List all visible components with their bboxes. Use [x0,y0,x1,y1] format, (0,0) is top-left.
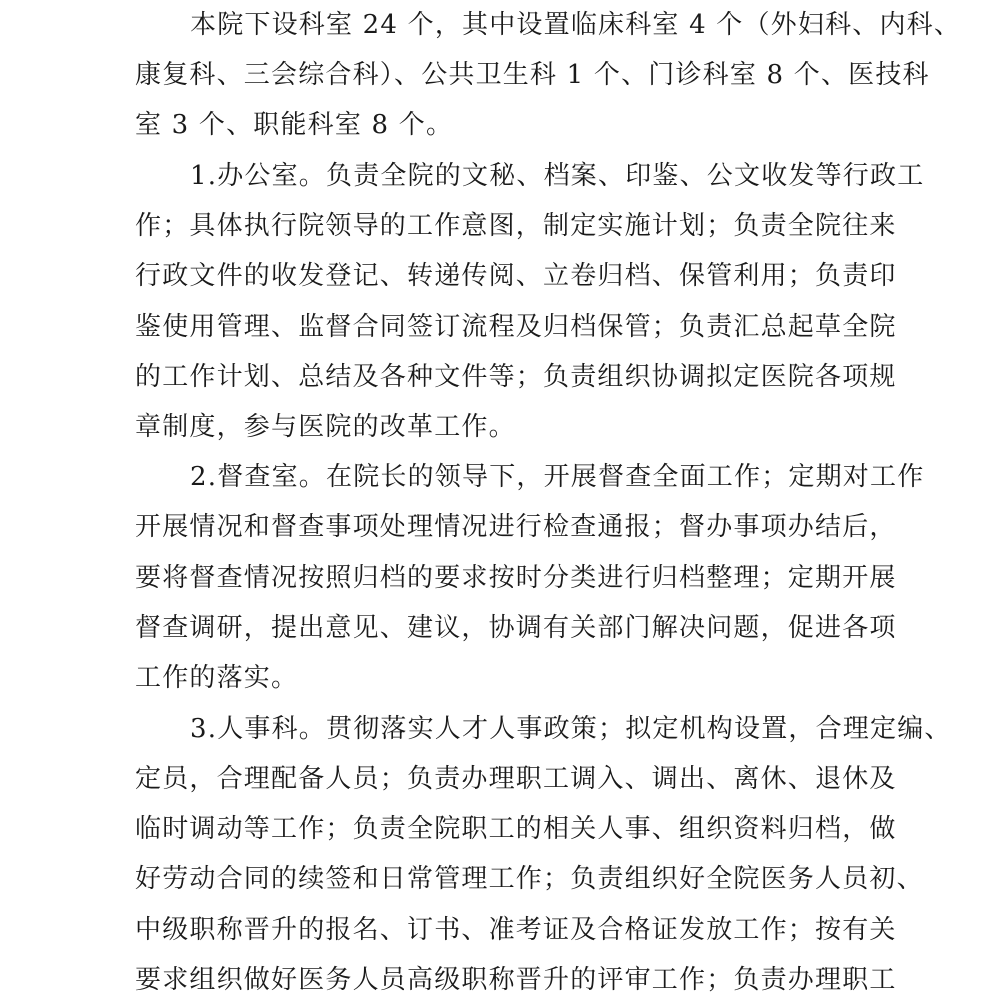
paragraph-personnel-line-2: 定员，合理配备人员；负责办理职工调入、调出、离休、退休及 [135,754,897,804]
paragraph-personnel-line-5: 中级职称晋升的报名、订书、准考证及合格证发放工作；按有关 [135,905,897,955]
paragraph-supervision-line-4: 督查调研，提出意见、建议，协调有关部门解决问题，促进各项 [135,603,897,653]
paragraph-personnel-line-1: 3.人事科。贯彻落实人才人事政策；拟定机构设置，合理定编、 [190,704,952,754]
paragraph-office-line-5: 的工作计划、总结及各种文件等；负责组织协调拟定医院各项规 [135,352,897,402]
paragraph-office-line-3: 行政文件的收发登记、转递传阅、立卷归档、保管利用；负责印 [135,251,897,301]
paragraph-office-line-6: 章制度，参与医院的改革工作。 [135,402,516,452]
paragraph-supervision-line-5: 工作的落实。 [135,653,298,703]
paragraph-office-line-2: 作；具体执行院领导的工作意图，制定实施计划；负责全院往来 [135,201,897,251]
paragraph-office-line-4: 鉴使用管理、监督合同签订流程及归档保管；负责汇总起草全院 [135,302,897,352]
paragraph-intro-line-3: 室 3 个、职能科室 8 个。 [135,100,453,150]
paragraph-supervision-line-3: 要将督查情况按照归档的要求按时分类进行归档整理；定期开展 [135,553,897,603]
paragraph-intro-line-2: 康复科、三会综合科）、公共卫生科 1 个、门诊科室 8 个、医技科 [135,50,930,100]
paragraph-personnel-line-4: 好劳动合同的续签和日常管理工作；负责组织好全院医务人员初、 [135,854,924,904]
paragraph-personnel-line-3: 临时调动等工作；负责全院职工的相关人事、组织资料归档，做 [135,804,897,854]
paragraph-office-line-1: 1.办公室。负责全院的文秘、档案、印鉴、公文收发等行政工 [190,151,924,201]
paragraph-supervision-line-1: 2.督查室。在院长的领导下，开展督查全面工作；定期对工作 [190,452,924,502]
paragraph-supervision-line-2: 开展情况和督查事项处理情况进行检查通报；督办事项办结后， [135,502,897,552]
paragraph-personnel-line-6: 要求组织做好医务人员高级职称晋升的评审工作；负责办理职工 [135,955,897,1003]
paragraph-intro-line-1: 本院下设科室 24 个，其中设置临床科室 4 个（外妇科、内科、 [190,0,961,50]
